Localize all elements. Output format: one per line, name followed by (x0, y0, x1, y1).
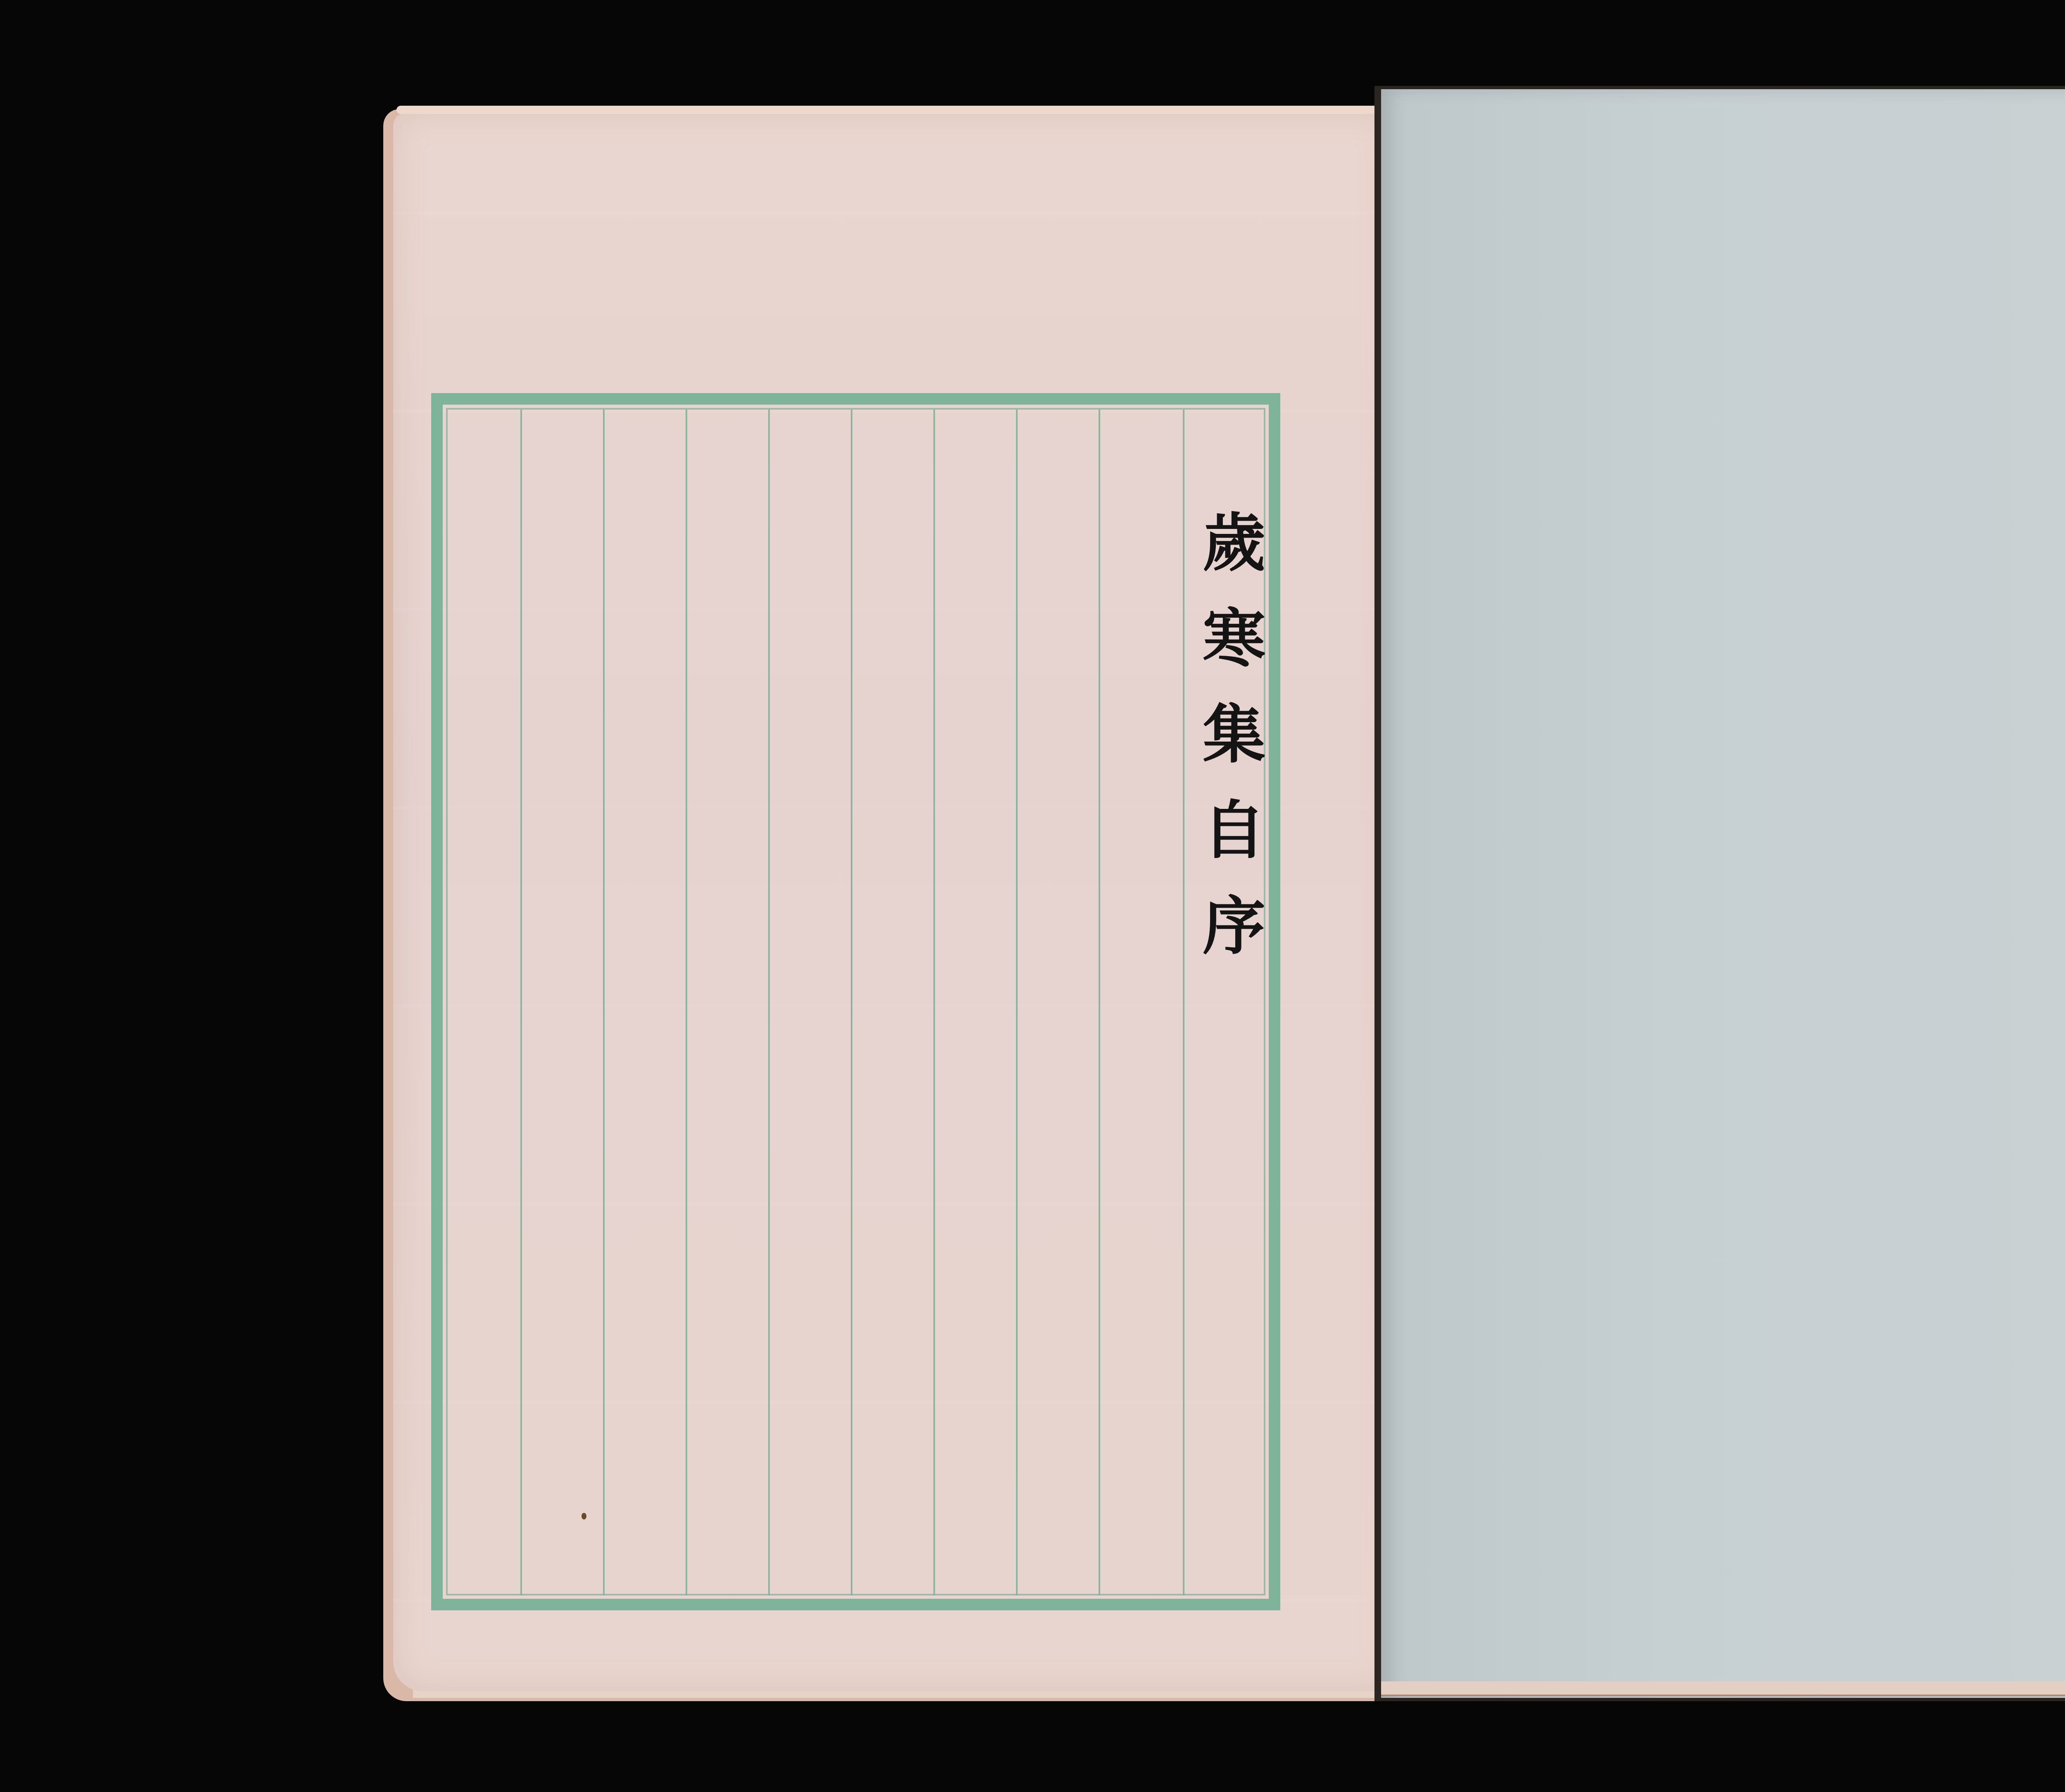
title-char: 序 (1203, 879, 1265, 974)
title-char: 集 (1203, 687, 1265, 783)
column-rule (851, 410, 852, 1595)
title-char: 歲 (1203, 495, 1265, 591)
column-rule (1099, 410, 1100, 1595)
paper-speck (582, 1513, 586, 1519)
column-rule (1016, 410, 1018, 1595)
column-rule (603, 410, 605, 1595)
inner-frame-line (446, 408, 1265, 1595)
column-rule (1183, 410, 1184, 1595)
column-rule (768, 410, 770, 1595)
column-rule (686, 410, 687, 1595)
right-page-bottom-edge (1381, 1681, 2065, 1696)
title-char: 寒 (1203, 591, 1265, 687)
blue-cover-page (1381, 89, 2065, 1698)
title-char: 自 (1203, 783, 1265, 879)
left-page-top-edge (396, 106, 1388, 114)
preface-title: 歲 寒 集 自 序 (1193, 495, 1275, 991)
column-rule (520, 410, 522, 1595)
column-rule (933, 410, 935, 1595)
scan-stage: 歲 寒 集 自 序 (0, 0, 2065, 1792)
